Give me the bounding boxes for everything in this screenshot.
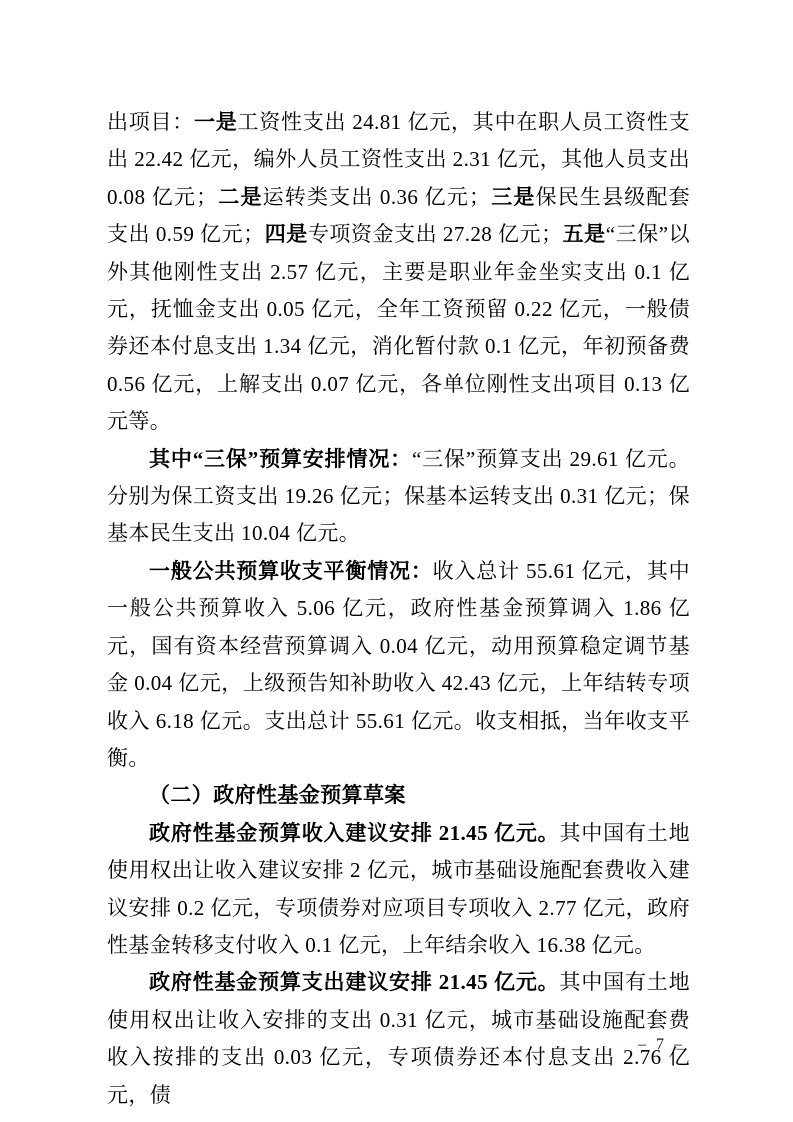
text-run: 专项资金支出 27.28 亿元； (308, 222, 563, 246)
para-fund-budget-expenditure: 政府性基金预算支出建议安排 21.45 亿元。其中国有土地使用权出让收入安排的支… (107, 964, 690, 1114)
bold-text-run: 五是 (562, 222, 605, 246)
para-three-guarantees-budget: 其中“三保”预算安排情况：“三保”预算支出 29.61 亿元。分别为保工资支出 … (107, 441, 690, 553)
text-run: 运转类支出 0.36 亿元； (263, 185, 491, 209)
heading-government-fund-budget-draft: （二）政府性基金预算草案 (107, 777, 690, 814)
page-number: – 7 – (638, 1036, 685, 1054)
bold-text-run: 二是 (218, 185, 263, 209)
bold-text-run: 三是 (490, 185, 535, 209)
para-expenditure-items-detail: 出项目：一是工资性支出 24.81 亿元，其中在职人员工资性支出 22.42 亿… (107, 104, 690, 441)
bold-text-run: 政府性基金预算收入建议安排 21.45 亿元。 (149, 821, 560, 845)
text-run: “三保”以外其他刚性支出 2.57 亿元，主要是职业年金坐实支出 0.1 亿元，… (107, 222, 690, 433)
bold-text-run: 其中“三保”预算安排情况： (149, 447, 412, 471)
text-run: 出项目： (107, 110, 194, 134)
bold-text-run: （二）政府性基金预算草案 (149, 783, 406, 807)
document-page: 出项目：一是工资性支出 24.81 亿元，其中在职人员工资性支出 22.42 亿… (0, 0, 793, 1122)
bold-text-run: 四是 (265, 222, 308, 246)
text-run: 收入总计 55.61 亿元，其中一般公共预算收入 5.06 亿元，政府性基金预算… (107, 559, 690, 770)
bold-text-run: 一是 (194, 110, 238, 134)
para-general-public-budget-balance: 一般公共预算收支平衡情况：收入总计 55.61 亿元，其中一般公共预算收入 5.… (107, 553, 690, 777)
document-body: 出项目：一是工资性支出 24.81 亿元，其中在职人员工资性支出 22.42 亿… (107, 104, 690, 1114)
para-fund-budget-revenue: 政府性基金预算收入建议安排 21.45 亿元。其中国有土地使用权出让收入建议安排… (107, 815, 690, 965)
bold-text-run: 政府性基金预算支出建议安排 21.45 亿元。 (149, 970, 560, 994)
bold-text-run: 一般公共预算收支平衡情况： (149, 559, 433, 583)
